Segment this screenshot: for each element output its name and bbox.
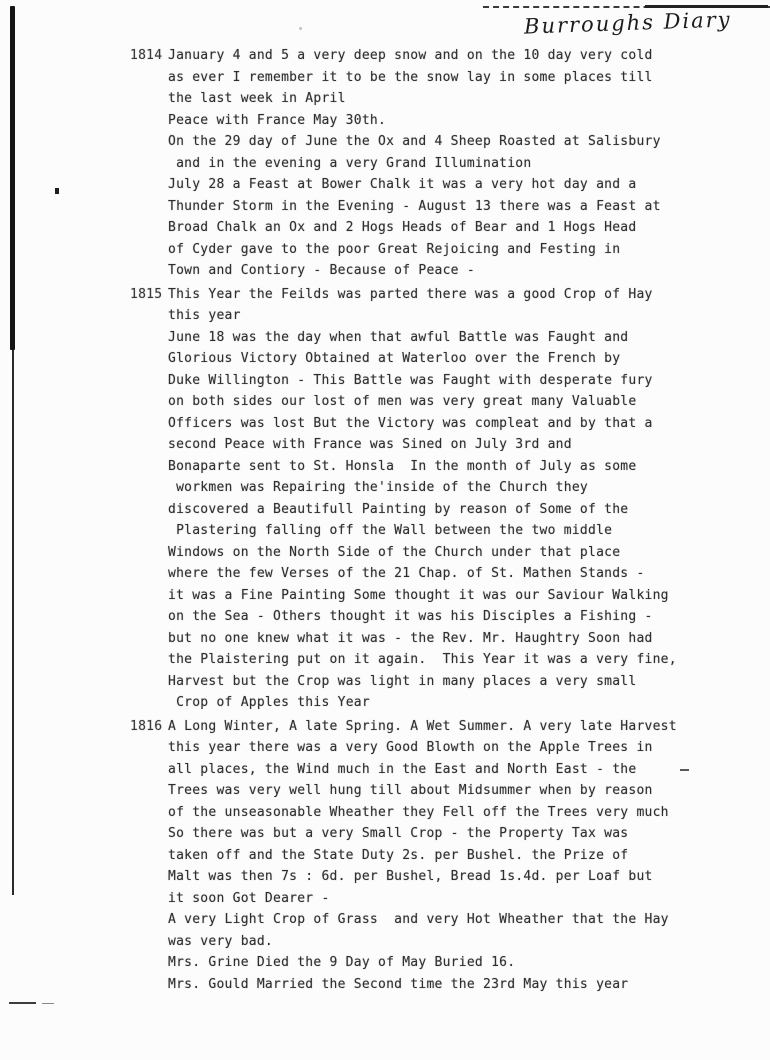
entry-year-label: 1816	[130, 716, 168, 738]
scan-bottom-dash-mark	[9, 1002, 36, 1004]
diary-entries: 1814 January 4 and 5 a very deep snow an…	[0, 45, 770, 997]
entry-1814: 1814 January 4 and 5 a very deep snow an…	[130, 45, 770, 282]
scan-speck	[55, 188, 59, 194]
entry-year-label: 1815	[130, 284, 168, 306]
entry-text: January 4 and 5 a very deep snow and on …	[168, 45, 690, 282]
entry-text: This Year the Feilds was parted there wa…	[168, 284, 690, 714]
handwritten-title: Burroughs Diary	[524, 7, 732, 38]
diary-page: Burroughs Diary 1814 January 4 and 5 a v…	[0, 0, 770, 1060]
entry-year-label: 1814	[130, 45, 168, 67]
scan-bottom-dash-mark-small	[42, 1003, 54, 1004]
entry-text: A Long Winter, A late Spring. A Wet Summ…	[168, 716, 690, 996]
entry-1815: 1815 This Year the Feilds was parted the…	[130, 284, 770, 714]
scan-speck	[680, 769, 689, 771]
entry-1816: 1816 A Long Winter, A late Spring. A Wet…	[130, 716, 770, 996]
scan-speck	[299, 27, 302, 30]
